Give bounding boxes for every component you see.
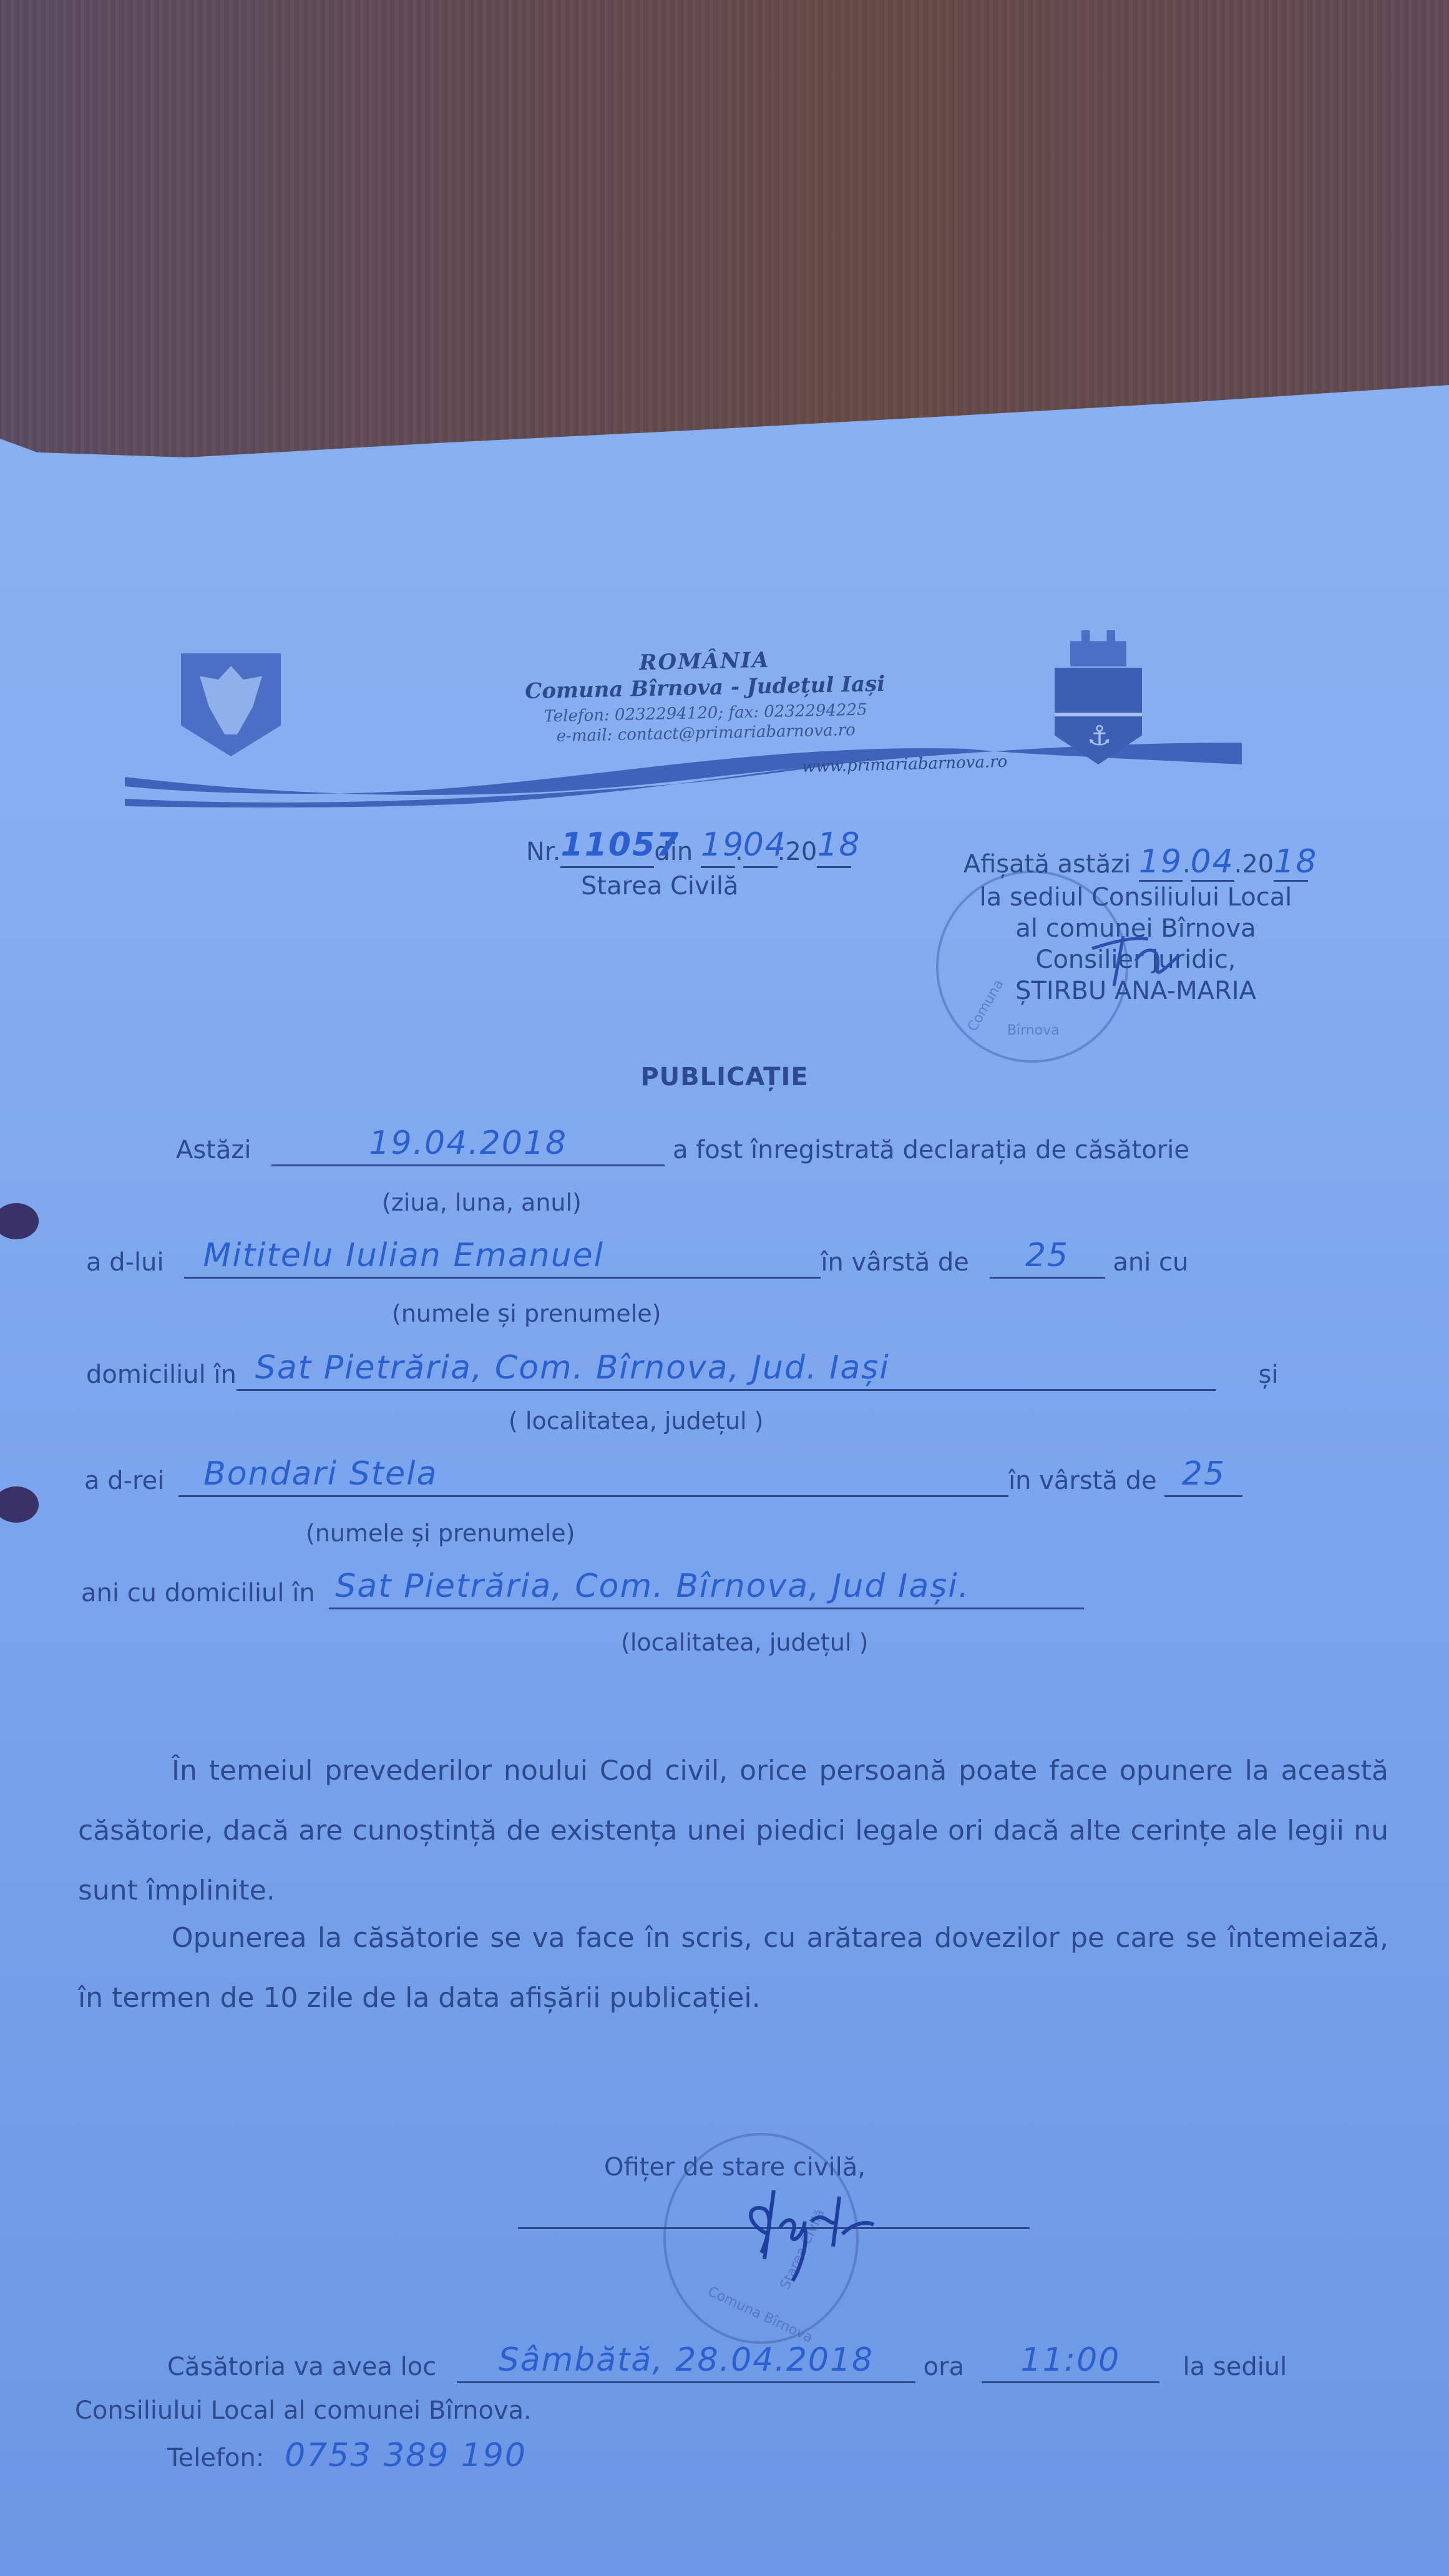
officer-label: Ofițer de stare civilă, xyxy=(604,2153,866,2182)
bride-domicile-value: Sat Pietrăria, Com. Bîrnova, Jud Iași. xyxy=(329,1568,1159,1605)
ceremony-label: Căsătoria va avea loc xyxy=(167,2353,436,2381)
document-title: PUBLICAȚIE xyxy=(0,1063,1449,1091)
groom-domicile-suffix: și xyxy=(1259,1360,1279,1389)
groom-domicile-label: domiciliul în xyxy=(86,1360,237,1389)
groom-age-suffix: ani cu xyxy=(1113,1248,1188,1277)
bride-age-label: în vârstă de xyxy=(1008,1466,1157,1495)
punch-hole xyxy=(0,1486,39,1523)
groom-domicile-row: domiciliul înSat Pietrăria, Com. Bîrnova… xyxy=(86,1360,1279,1391)
legal-paragraph-2: Opunerea la căsătorie se va face în scri… xyxy=(78,1908,1388,2028)
groom-name-value: Mititelu Iulian Emanuel xyxy=(184,1237,821,1274)
bride-prefix: a d-rei xyxy=(84,1466,164,1495)
declaration-row: Astăzi 19.04.2018 a fost înregistrată de… xyxy=(176,1136,1189,1166)
groom-name-hint: (numele și prenumele) xyxy=(392,1300,661,1327)
groom-age-value: 25 xyxy=(990,1237,1105,1274)
signature-icon xyxy=(730,2184,892,2284)
legal-paragraph-1: În temeiul prevederilor noului Cod civil… xyxy=(78,1741,1388,1921)
bride-domicile-row: ani cu domiciliul în Sat Pietrăria, Com.… xyxy=(81,1579,1084,1609)
bride-domicile-label: ani cu domiciliul în xyxy=(81,1579,315,1608)
bride-age-value: 25 xyxy=(1164,1455,1242,1493)
ceremony-time-value: 11:00 xyxy=(982,2341,1159,2379)
declaration-date-value: 19.04.2018 xyxy=(271,1125,665,1162)
ceremony-location-suffix: la sediul xyxy=(1183,2353,1287,2381)
groom-prefix: a d-lui xyxy=(86,1248,164,1277)
department-label: Starea Civilă xyxy=(581,872,851,900)
registration-month-value: 04 xyxy=(743,826,778,864)
ceremony-row: Căsătoria va avea loc Sâmbătă, 28.04.201… xyxy=(167,2353,1287,2383)
phone-value: 0753 389 190 xyxy=(285,2437,527,2474)
birnova-coat-of-arms-icon: ⚓ xyxy=(1055,630,1142,764)
punch-hole xyxy=(0,1203,39,1239)
posting-label: Afișată astăzi xyxy=(964,850,1131,879)
registration-number-value: 11057 xyxy=(560,826,654,864)
groom-domicile-value: Sat Pietrăria, Com. Bîrnova, Jud. Iași xyxy=(237,1349,1216,1387)
legal-paragraph-1-text: În temeiul prevederilor noului Cod civil… xyxy=(78,1755,1388,1906)
nr-label: Nr. xyxy=(526,837,560,866)
ceremony-time-label: ora xyxy=(924,2353,964,2381)
phone-label: Telefon: xyxy=(167,2444,264,2472)
today-label: Astăzi xyxy=(176,1136,251,1164)
bride-domicile-hint: (localitatea, județul ) xyxy=(621,1629,868,1656)
date-hint: (ziua, luna, anul) xyxy=(382,1189,582,1216)
registration-number-block: Nr.11057 din 19 .04 .2018 Starea Civilă xyxy=(526,837,851,900)
registered-text: a fost înregistrată declarația de căsăto… xyxy=(673,1136,1189,1164)
posting-day-value: 19 xyxy=(1139,846,1183,877)
ceremony-date-value: Sâmbătă, 28.04.2018 xyxy=(457,2341,915,2379)
posting-year-value: 18 xyxy=(1274,846,1308,877)
ceremony-phone-row: Telefon: 0753 389 190 xyxy=(167,2437,527,2474)
posting-month-value: 04 xyxy=(1191,846,1234,877)
posting-year-prefix: .20 xyxy=(1234,850,1274,879)
bride-name-hint: (numele și prenumele) xyxy=(306,1520,575,1547)
groom-age-label: în vârstă de xyxy=(821,1248,969,1277)
bride-row: a d-rei Bondari Stela în vârstă de 25 xyxy=(84,1466,1242,1497)
registration-year-value: 18 xyxy=(817,826,851,864)
ceremony-location-line-2: Consiliului Local al comunei Bîrnova. xyxy=(75,2396,532,2425)
legal-paragraph-2-text: Opunerea la căsătorie se va face în scri… xyxy=(78,1922,1388,2014)
groom-row: a d-lui Mititelu Iulian Emanuel în vârst… xyxy=(86,1248,1188,1279)
bride-name-value: Bondari Stela xyxy=(178,1455,1008,1493)
signature-icon xyxy=(1086,924,1186,992)
posting-line-2: la sediul Consiliului Local xyxy=(924,882,1348,913)
registration-day-value: 19 xyxy=(701,826,735,864)
groom-domicile-hint: ( localitatea, județul ) xyxy=(509,1407,764,1435)
